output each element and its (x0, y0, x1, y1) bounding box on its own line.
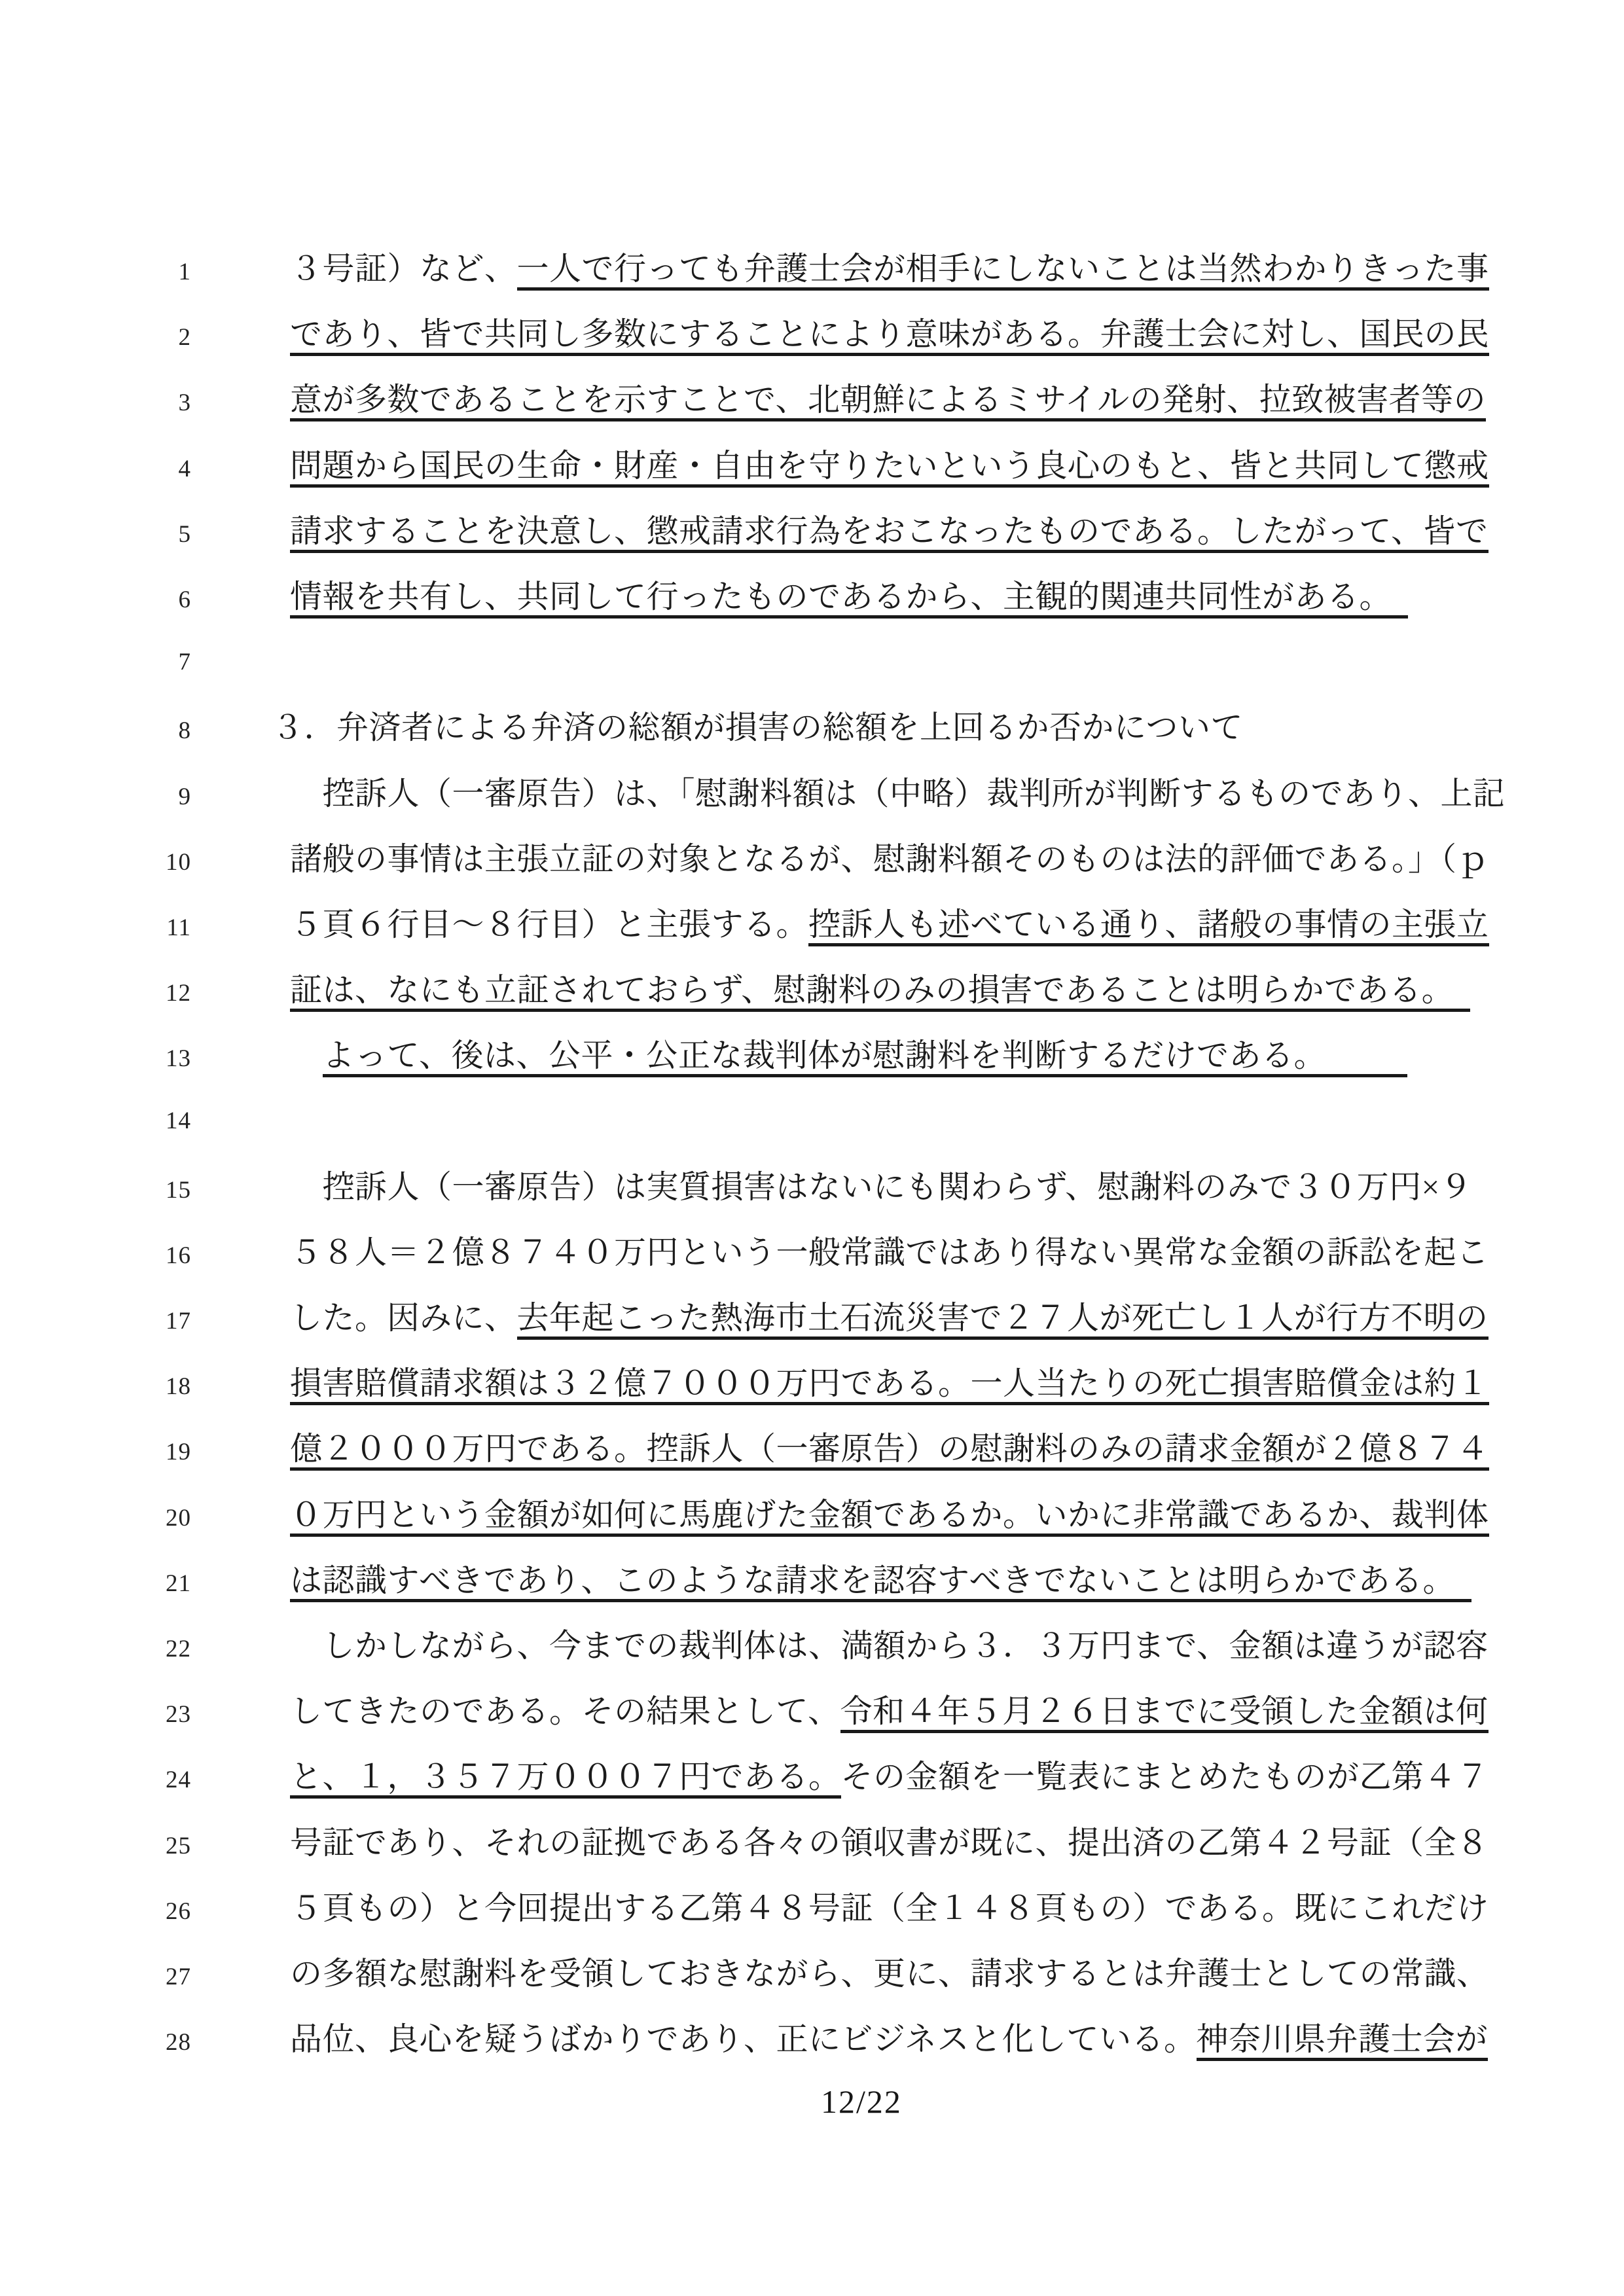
line-number: 17 (0, 1302, 191, 1341)
line-text: は認識すべきであり、このような請求を認容すべきでないことは明らかである。 (290, 1561, 1471, 1600)
text-segment-underlined: ０万円という金額が如何に馬鹿げた金額であるか。いかに非常識であるか、裁判体 (290, 1497, 1489, 1537)
document-body: 1３号証）など、一人で行っても弁護士会が相手にしないことは当然わかりきった事2で… (0, 249, 1624, 2085)
document-line: 21は認識すべきであり、このような請求を認容すべきでないことは明らかである。 (0, 1561, 1624, 1626)
text-segment: ３号証）など、 (290, 251, 517, 287)
text-segment-underlined: 令和４年５月２６日までに受領した金額は何 (840, 1693, 1489, 1733)
document-page: 1３号証）など、一人で行っても弁護士会が相手にしないことは当然わかりきった事2で… (0, 0, 1624, 2296)
text-segment: 品位、良心を疑うばかりであり、正にビジネスと化している。 (290, 2021, 1197, 2057)
line-number: 4 (0, 450, 191, 489)
text-segment-underlined: であり、皆で共同し多数にすることにより意味がある。弁護士会に対し、国民の民 (290, 316, 1489, 356)
text-segment-underlined: 神奈川県弁護士会が (1197, 2021, 1489, 2061)
text-segment-underlined: 証は、なにも立証されておらず、慰謝料のみの損害であることは明らかである。 (290, 972, 1470, 1012)
line-text: ５頁もの）と今回提出する乙第４８号証（全１４８頁もの）である。既にこれだけ (290, 1889, 1489, 1928)
line-text: 品位、良心を疑うばかりであり、正にビジネスと化している。神奈川県弁護士会が (290, 2020, 1488, 2059)
document-line: 2であり、皆で共同し多数にすることにより意味がある。弁護士会に対し、国民の民 (0, 315, 1624, 380)
line-number: 12 (0, 974, 191, 1013)
document-line: 25号証であり、それの証拠である各々の領収書が既に、提出済の乙第４２号証（全８ (0, 1823, 1624, 1889)
text-segment-underlined: 請求することを決意し、懲戒請求行為をおこなったものである。したがって、皆で (290, 513, 1489, 553)
line-number: 22 (0, 1630, 191, 1669)
document-line: 28品位、良心を疑うばかりであり、正にビジネスと化している。神奈川県弁護士会が (0, 2020, 1624, 2085)
line-number: 11 (0, 908, 191, 948)
document-line: 17した。因みに、去年起こった熱海市土石流災害で２７人が死亡し１人が行方不明の (0, 1299, 1624, 1364)
document-line: 24と、１，３５７万０００７円である。その金額を一覧表にまとめたものが乙第４７ (0, 1757, 1624, 1823)
line-number: 10 (0, 843, 191, 882)
line-number: 14 (0, 1102, 191, 1141)
line-text: であり、皆で共同し多数にすることにより意味がある。弁護士会に対し、国民の民 (290, 315, 1489, 354)
text-segment-underlined: 損害賠償請求額は３２億７０００万円である。一人当たりの死亡損害賠償金は約１ (290, 1365, 1489, 1405)
line-text: 億２０００万円である。控訴人（一審原告）の慰謝料のみの請求金額が２億８７４ (290, 1429, 1489, 1469)
line-text: ３．弁済者による弁済の総額が損害の総額を上回るか否かについて (272, 708, 1243, 747)
line-number: 6 (0, 581, 191, 620)
line-number: 2 (0, 318, 191, 357)
line-text: ３号証）など、一人で行っても弁護士会が相手にしないことは当然わかりきった事 (290, 249, 1489, 289)
document-line: 15 控訴人（一審原告）は実質損害はないにも関わらず、慰謝料のみで３０万円×９ (0, 1168, 1624, 1233)
document-line: 4問題から国民の生命・財産・自由を守りたいという良心のもと、皆と共同して懲戒 (0, 446, 1624, 512)
line-text: の多額な慰謝料を受領しておきながら、更に、請求するとは弁護士としての常識、 (290, 1954, 1489, 1994)
document-line: 26５頁もの）と今回提出する乙第４８号証（全１４８頁もの）である。既にこれだけ (0, 1889, 1624, 1954)
text-segment: しかしながら、今までの裁判体は、満額から３．３万円まで、金額は違うが認容 (290, 1628, 1489, 1664)
document-line: 20０万円という金額が如何に馬鹿げた金額であるか。いかに非常識であるか、裁判体 (0, 1496, 1624, 1561)
line-text: よって、後は、公平・公正な裁判体が慰謝料を判断するだけである。 (290, 1036, 1407, 1075)
line-number: 28 (0, 2023, 191, 2062)
line-text: しかしながら、今までの裁判体は、満額から３．３万円まで、金額は違うが認容 (290, 1626, 1489, 1666)
document-line: 1３号証）など、一人で行っても弁護士会が相手にしないことは当然わかりきった事 (0, 249, 1624, 315)
text-segment: した。因みに、 (290, 1300, 517, 1336)
line-text: ５頁６行目～８行目）と主張する。控訴人も述べている通り、諸般の事情の主張立 (290, 905, 1489, 944)
text-segment-underlined: 問題から国民の生命・財産・自由を守りたいという良心のもと、皆と共同して懲戒 (290, 448, 1489, 488)
text-segment: してきたのである。その結果として、 (290, 1693, 840, 1729)
line-text: ５８人＝２億８７４０万円という一般常識ではあり得ない異常な金額の訴訟を起こ (290, 1233, 1489, 1272)
text-segment-underlined: よって、後は、公平・公正な裁判体が慰謝料を判断するだけである。 (323, 1037, 1408, 1077)
line-text: 問題から国民の生命・財産・自由を守りたいという良心のもと、皆と共同して懲戒 (290, 446, 1489, 486)
line-number: 5 (0, 515, 191, 554)
document-line: 16５８人＝２億８７４０万円という一般常識ではあり得ない異常な金額の訴訟を起こ (0, 1233, 1624, 1299)
text-segment-underlined: と、１，３５７万０００７円である。 (290, 1759, 841, 1799)
text-segment-underlined: 情報を共有し、共同して行ったものであるから、主観的関連共同性がある。 (290, 579, 1408, 619)
document-line: 27の多額な慰謝料を受領しておきながら、更に、請求するとは弁護士としての常識、 (0, 1954, 1624, 2020)
document-line-heading: 8３．弁済者による弁済の総額が損害の総額を上回るか否かについて (0, 708, 1624, 774)
line-text: した。因みに、去年起こった熱海市土石流災害で２７人が死亡し１人が行方不明の (290, 1299, 1489, 1338)
text-segment: の多額な慰謝料を受領しておきながら、更に、請求するとは弁護士としての常識、 (290, 1956, 1489, 1992)
text-segment: その金額を一覧表にまとめたものが乙第４７ (841, 1759, 1489, 1795)
document-line: 18損害賠償請求額は３２億７０００万円である。一人当たりの死亡損害賠償金は約１ (0, 1364, 1624, 1429)
document-line: 7 (0, 643, 1624, 708)
text-segment (290, 1037, 323, 1073)
document-line: 22 しかしながら、今までの裁判体は、満額から３．３万円まで、金額は違うが認容 (0, 1626, 1624, 1692)
line-text: 控訴人（一審原告）は実質損害はないにも関わらず、慰謝料のみで３０万円×９ (290, 1168, 1472, 1207)
line-number: 7 (0, 643, 191, 682)
line-number: 25 (0, 1827, 191, 1866)
line-text: 諸般の事情は主張立証の対象となるが、慰謝料額そのものは法的評価である。」（ｐ (290, 840, 1489, 879)
text-segment-underlined: は認識すべきであり、このような請求を認容すべきでないことは明らかである。 (290, 1562, 1471, 1602)
document-line: 6情報を共有し、共同して行ったものであるから、主観的関連共同性がある。 (0, 577, 1624, 643)
text-segment: 号証であり、それの証拠である各々の領収書が既に、提出済の乙第４２号証（全８ (290, 1825, 1489, 1861)
line-number: 15 (0, 1171, 191, 1210)
line-text: 情報を共有し、共同して行ったものであるから、主観的関連共同性がある。 (290, 577, 1408, 617)
line-number: 23 (0, 1695, 191, 1734)
text-segment: ５８人＝２億８７４０万円という一般常識ではあり得ない異常な金額の訴訟を起こ (290, 1234, 1489, 1270)
line-number: 18 (0, 1367, 191, 1407)
text-segment-underlined: 意が多数であることを示すことで、北朝鮮によるミサイルの発射、拉致被害者等の (290, 382, 1486, 422)
document-line: 13 よって、後は、公平・公正な裁判体が慰謝料を判断するだけである。 (0, 1036, 1624, 1102)
text-segment-underlined: 控訴人も述べている通り、諸般の事情の主張立 (808, 906, 1489, 946)
line-text: ０万円という金額が如何に馬鹿げた金額であるか。いかに非常識であるか、裁判体 (290, 1496, 1489, 1535)
line-number: 13 (0, 1039, 191, 1079)
text-segment: 諸般の事情は主張立証の対象となるが、慰謝料額そのものは法的評価である。」（ｐ (290, 841, 1489, 877)
document-line: 11５頁６行目～８行目）と主張する。控訴人も述べている通り、諸般の事情の主張立 (0, 905, 1624, 971)
line-text: 損害賠償請求額は３２億７０００万円である。一人当たりの死亡損害賠償金は約１ (290, 1364, 1489, 1403)
line-number: 1 (0, 253, 191, 292)
line-text: 意が多数であることを示すことで、北朝鮮によるミサイルの発射、拉致被害者等の (290, 380, 1486, 420)
line-text: 号証であり、それの証拠である各々の領収書が既に、提出済の乙第４２号証（全８ (290, 1823, 1489, 1863)
line-number: 8 (0, 711, 191, 751)
document-line: 3意が多数であることを示すことで、北朝鮮によるミサイルの発射、拉致被害者等の (0, 380, 1624, 446)
document-line: 12証は、なにも立証されておらず、慰謝料のみの損害であることは明らかである。 (0, 971, 1624, 1036)
line-text: 控訴人（一審原告）は、「慰謝料額は（中略）裁判所が判断するものであり、上記 (290, 774, 1506, 814)
page-number: 12/22 (821, 2083, 902, 2121)
document-line: 10諸般の事情は主張立証の対象となるが、慰謝料額そのものは法的評価である。」（ｐ (0, 840, 1624, 905)
document-line: 9 控訴人（一審原告）は、「慰謝料額は（中略）裁判所が判断するものであり、上記 (0, 774, 1624, 840)
line-number: 26 (0, 1892, 191, 1931)
line-number: 16 (0, 1236, 191, 1276)
line-number: 20 (0, 1499, 191, 1538)
line-text: 請求することを決意し、懲戒請求行為をおこなったものである。したがって、皆で (290, 512, 1489, 551)
line-number: 21 (0, 1564, 191, 1604)
text-segment-underlined: 去年起こった熱海市土石流災害で２７人が死亡し１人が行方不明の (517, 1300, 1489, 1340)
line-text: と、１，３５７万０００７円である。その金額を一覧表にまとめたものが乙第４７ (290, 1757, 1489, 1797)
text-segment: ５頁６行目～８行目）と主張する。 (290, 906, 808, 942)
document-line: 14 (0, 1102, 1624, 1167)
line-text: 証は、なにも立証されておらず、慰謝料のみの損害であることは明らかである。 (290, 971, 1470, 1010)
text-segment-underlined: 億２０００万円である。控訴人（一審原告）の慰謝料のみの請求金額が２億８７４ (290, 1431, 1489, 1471)
line-number: 19 (0, 1433, 191, 1472)
document-line: 5請求することを決意し、懲戒請求行為をおこなったものである。したがって、皆で (0, 512, 1624, 577)
line-number: 27 (0, 1958, 191, 1997)
text-segment: 控訴人（一審原告）は実質損害はないにも関わらず、慰謝料のみで３０万円×９ (290, 1169, 1472, 1205)
line-number: 9 (0, 778, 191, 817)
document-line: 19億２０００万円である。控訴人（一審原告）の慰謝料のみの請求金額が２億８７４ (0, 1429, 1624, 1495)
text-segment: ３．弁済者による弁済の総額が損害の総額を上回るか否かについて (272, 709, 1243, 745)
line-number: 24 (0, 1761, 191, 1800)
line-text: してきたのである。その結果として、令和４年５月２６日までに受領した金額は何 (290, 1692, 1489, 1731)
text-segment: 控訴人（一審原告）は、「慰謝料額は（中略）裁判所が判断するものであり、上記 (290, 776, 1506, 812)
document-line: 23してきたのである。その結果として、令和４年５月２６日までに受領した金額は何 (0, 1692, 1624, 1757)
text-segment-underlined: 一人で行っても弁護士会が相手にしないことは当然わかりきった事 (517, 251, 1489, 291)
line-number: 3 (0, 384, 191, 423)
text-segment: ５頁もの）と今回提出する乙第４８号証（全１４８頁もの）である。既にこれだけ (290, 1890, 1489, 1926)
